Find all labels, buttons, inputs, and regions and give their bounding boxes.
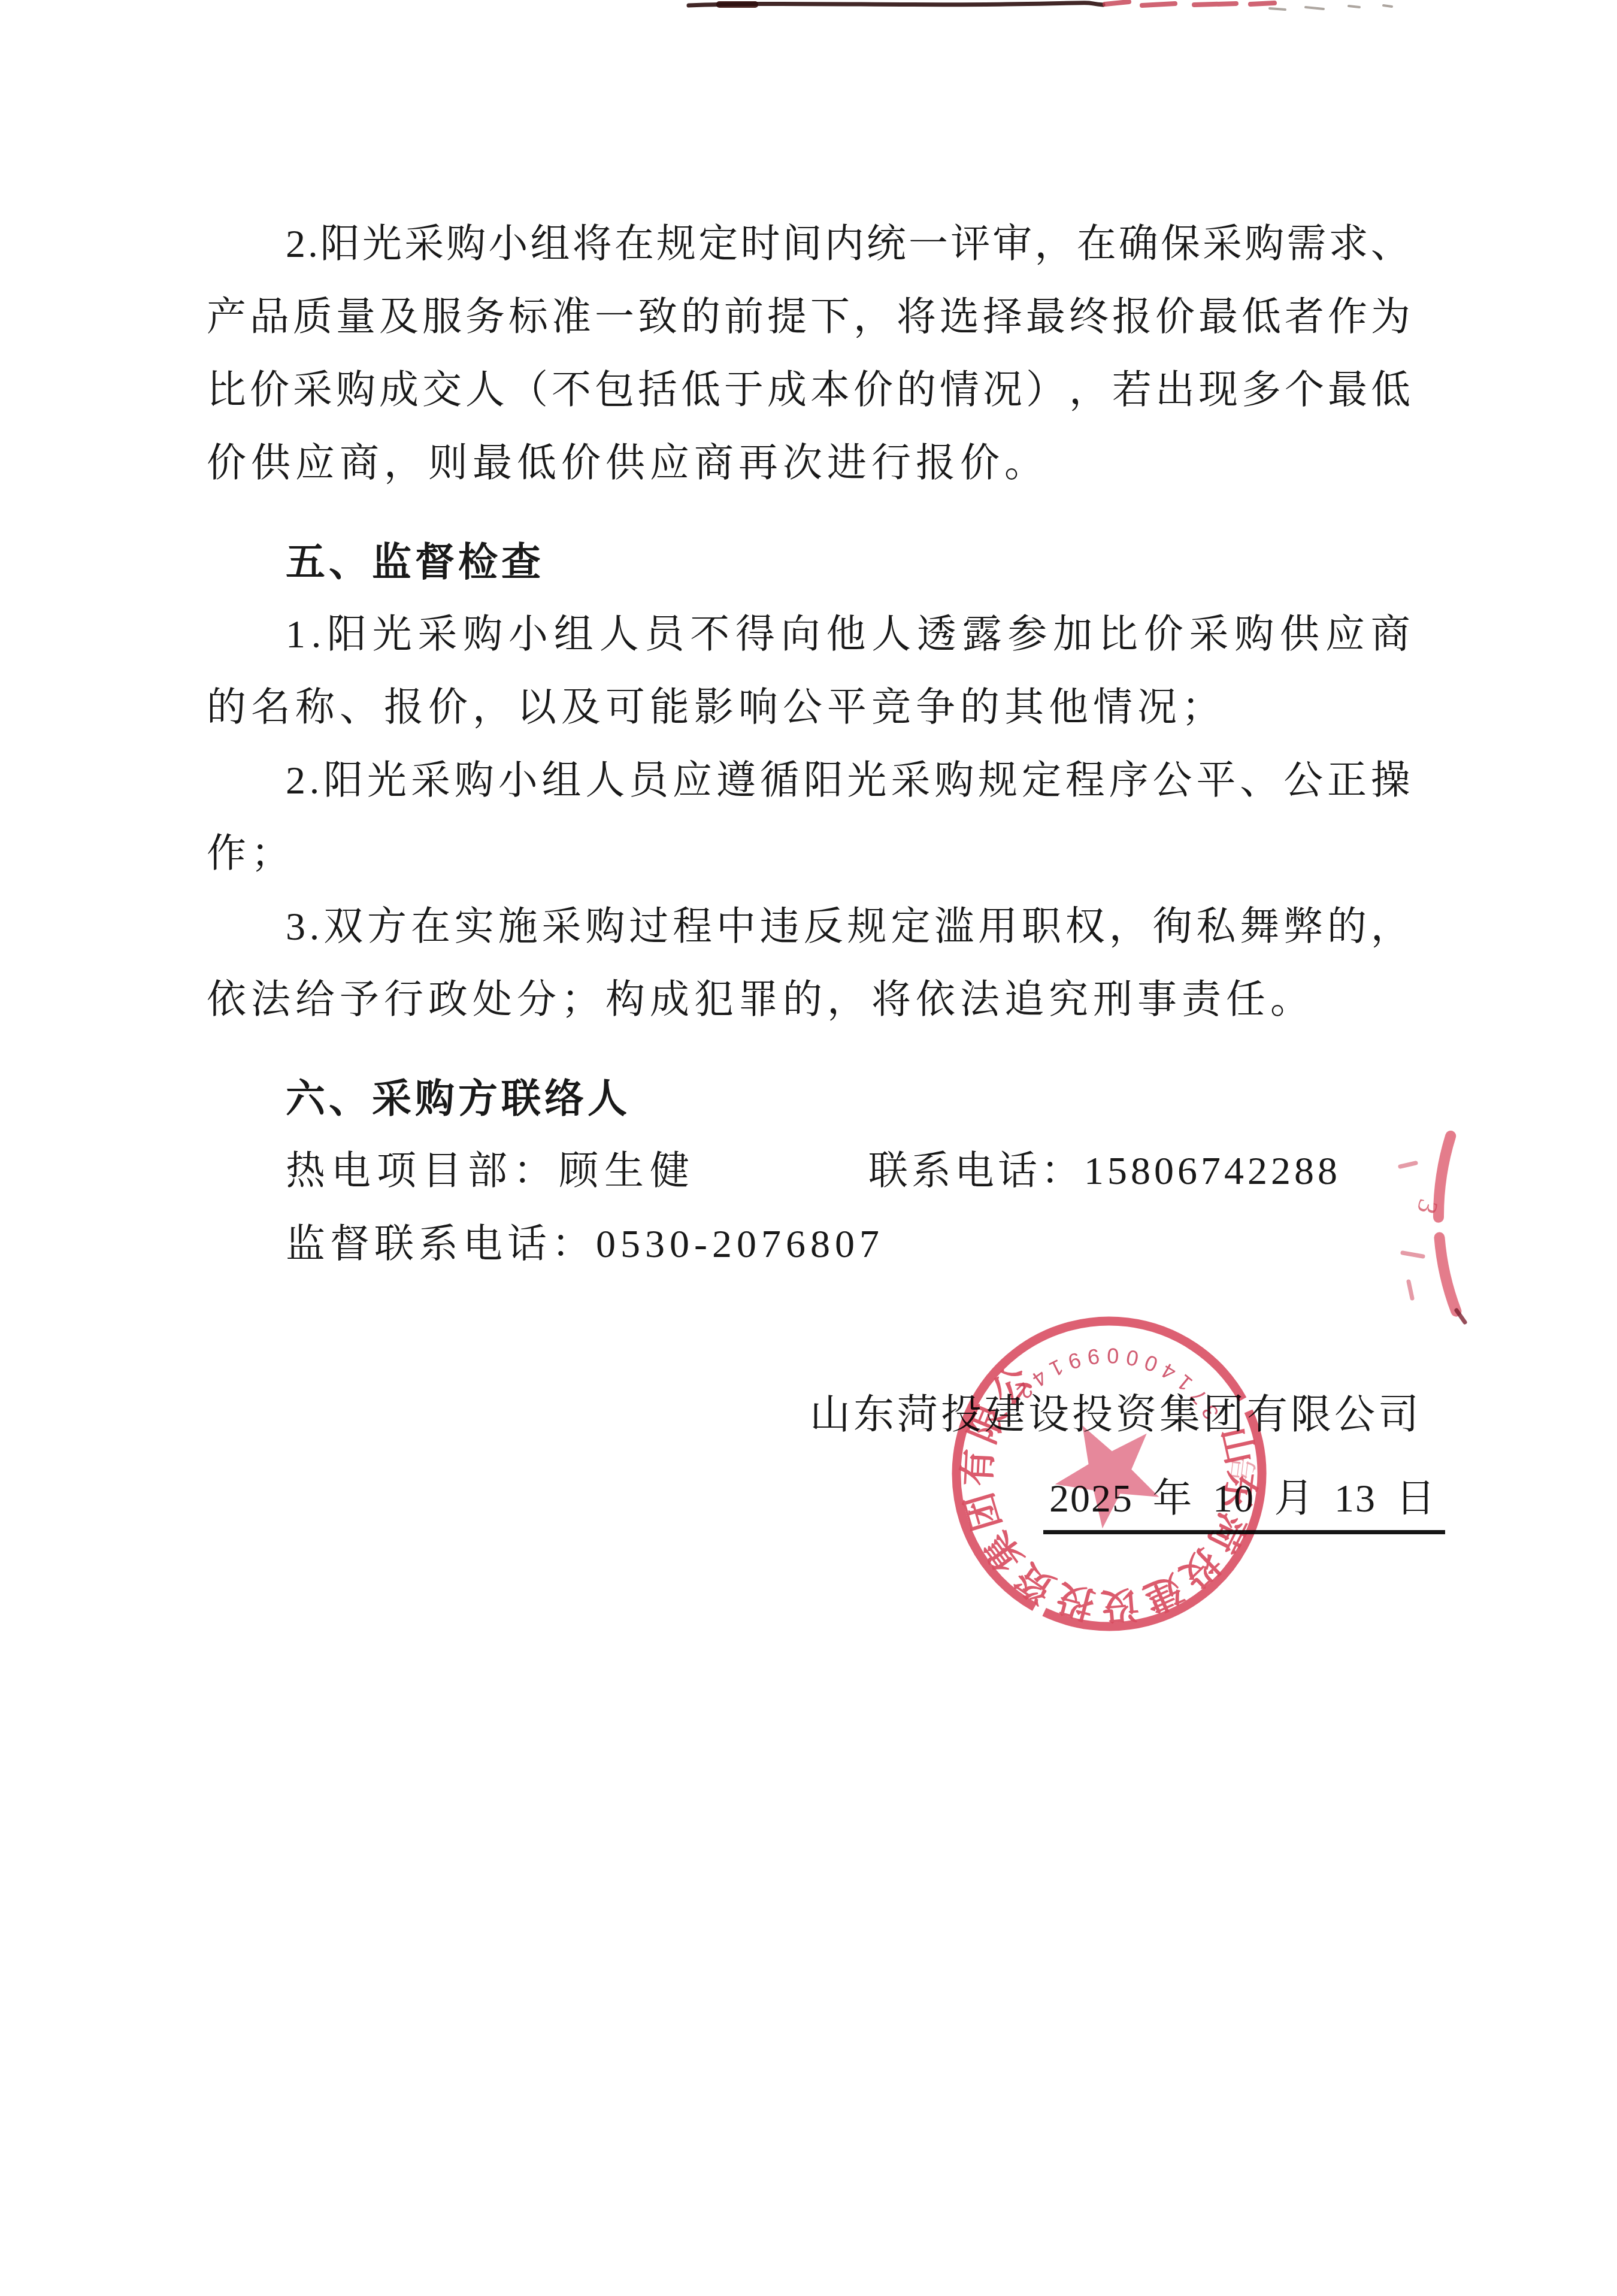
- contact-department: 热电项目部：顾生健: [286, 1149, 695, 1193]
- text-line: 依法给予行政处分；构成犯罪的，将依法追究刑事责任。: [207, 974, 1410, 1047]
- text-line: 1.阳光采购小组人员不得向他人透露参加比价采购供应商: [207, 609, 1410, 682]
- section-heading: 五、监督检查: [207, 536, 1410, 609]
- partial-stamp-fragment: 3: [1411, 1196, 1444, 1217]
- scanned-document-page: 2.阳光采购小组将在规定时间内统一评审，在确保采购需求、产品质量及服务标准一致的…: [0, 0, 1617, 2296]
- signature-date: 2025 年 10 月 13 日: [1043, 1466, 1445, 1534]
- text-line: 2.阳光采购小组将在规定时间内统一评审，在确保采购需求、: [207, 219, 1410, 292]
- partial-stamp-arc: 3: [1400, 947, 1617, 1484]
- contact-phone: 联系电话：15806742288: [868, 1146, 1341, 1197]
- text-line: 产品质量及服务标准一致的前提下，将选择最终报价最低者作为: [207, 292, 1410, 365]
- signature-date-text: 2025 年 10 月 13 日: [1043, 1466, 1445, 1534]
- signature-company: 山东菏投建设投资集团有限公司: [810, 1382, 1422, 1440]
- scan-smudge: [689, 1, 1392, 10]
- document-body: 2.阳光采购小组将在规定时间内统一评审，在确保采购需求、产品质量及服务标准一致的…: [207, 219, 1410, 1292]
- text-line: 作；: [207, 828, 1410, 901]
- text-line: 2.阳光采购小组人员应遵循阳光采购规定程序公平、公正操: [207, 755, 1410, 828]
- text-line: 热电项目部：顾生健联系电话：15806742288: [207, 1146, 1410, 1219]
- text-line: 3.双方在实施采购过程中违反规定滥用职权，徇私舞弊的，: [207, 901, 1410, 974]
- text-line: 比价采购成交人（不包括低于成本价的情况），若出现多个最低: [207, 365, 1410, 438]
- text-line: 价供应商，则最低价供应商再次进行报价。: [207, 438, 1410, 511]
- section-heading: 六、采购方联络人: [207, 1073, 1410, 1146]
- text-line: 监督联系电话：0530-2076807: [207, 1219, 1410, 1292]
- text-line: 的名称、报价，以及可能影响公平竞争的其他情况；: [207, 682, 1410, 755]
